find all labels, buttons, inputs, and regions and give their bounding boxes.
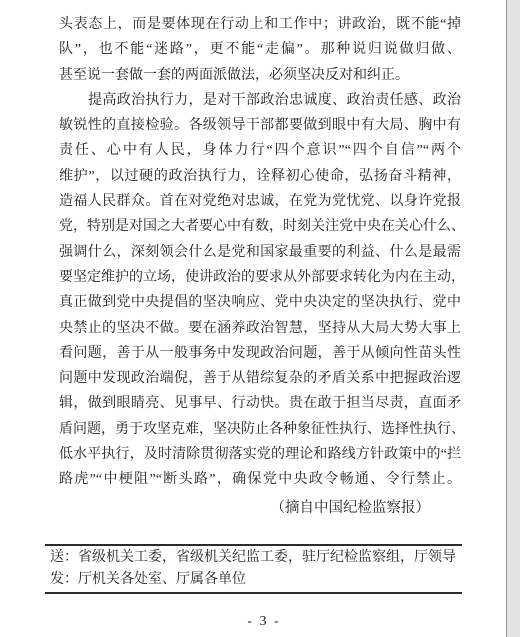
body-text-line: 维护”，以过硬的政治执行力，诠释初心使命，弘扬奋斗精神， (59, 164, 461, 189)
body-text-line: 辑，做到眼睛亮、见事早、行动快。贵在敢于担当尽责，直面矛 (59, 391, 461, 416)
citation-line: （摘自中国纪检监察报） (59, 496, 461, 521)
distribution-box: 送：省级机关工委，省级机关纪监工委，驻厅纪检监察组，厅领导 发：厅机关各处室、厅… (45, 544, 462, 594)
document-page: { "colors": { "text": "#212121", "page_b… (0, 0, 520, 637)
body-text-line: 头表态上，而是要体现在行动上和工作中；讲政治，既不能“掉 (59, 12, 461, 37)
body-text-line: 造福人民群众。首在对党绝对忠诚，在党为党忧党、以身许党报 (59, 189, 461, 214)
body-text-line: 路虎”“中梗阻”“断头路”，确保党中央政令畅通、令行禁止。 (59, 467, 461, 492)
page-edge-shadow (506, 0, 520, 637)
body-text-line: 甚至说一套做一套的两面派做法，必须坚决反对和纠正。 (59, 63, 461, 88)
distribution-send-row: 送：省级机关工委，省级机关纪监工委，驻厅纪检监察组，厅领导 (50, 547, 460, 569)
distribution-issue-row: 发：厅机关各处室、厅属各单位 (50, 569, 460, 591)
body-text-line: 真正做到党中央提倡的坚决响应、党中央决定的坚决执行、党中 (59, 290, 461, 315)
body-text-line: 强调什么，深刻领会什么是党和国家最重要的利益、什么是最需 (59, 240, 461, 265)
body-text-line: 看问题，善于从一般事务中发现政治问题，善于从倾向性苗头性 (59, 341, 461, 366)
body-text-line: 盾问题，勇于攻坚克难，坚决防止各种象征性执行、选择性执行、 (59, 417, 461, 442)
body-text-line: 要坚定维护的立场，使讲政治的要求从外部要求转化为内在主动， (59, 265, 461, 290)
document-body: 头表态上，而是要体现在行动上和工作中；讲政治，既不能“掉 队”，也不能“迷路”，… (59, 12, 461, 493)
body-text-line: 问题中发现政治端倪，善于从错综复杂的矛盾关系中把握政治逻 (59, 366, 461, 391)
body-text-line: 党，特别是对国之大者要心中有数，时刻关注党中央在关心什么、 (59, 214, 461, 239)
body-text-line: 央禁止的坚决不做。要在涵养政治智慧，坚持从大局大势大事上 (59, 316, 461, 341)
page-number: - 3 - (60, 612, 468, 632)
body-text-line: 责任、心中有人民，身体力行“四个意识”“四个自信”“两个 (59, 138, 461, 163)
body-text-line: 敏锐性的直接检验。各级领导干部都要做到眼中有大局、胸中有 (59, 113, 461, 138)
body-text-line: 提高政治执行力，是对干部政治忠诚度、政治责任感、政治 (59, 88, 461, 113)
body-text-line: 队”，也不能“迷路”，更不能“走偏”。那种说归说做归做、 (59, 37, 461, 62)
body-text-line: 低水平执行，及时清除贯彻落实党的理论和路线方针政策中的“拦 (59, 442, 461, 467)
